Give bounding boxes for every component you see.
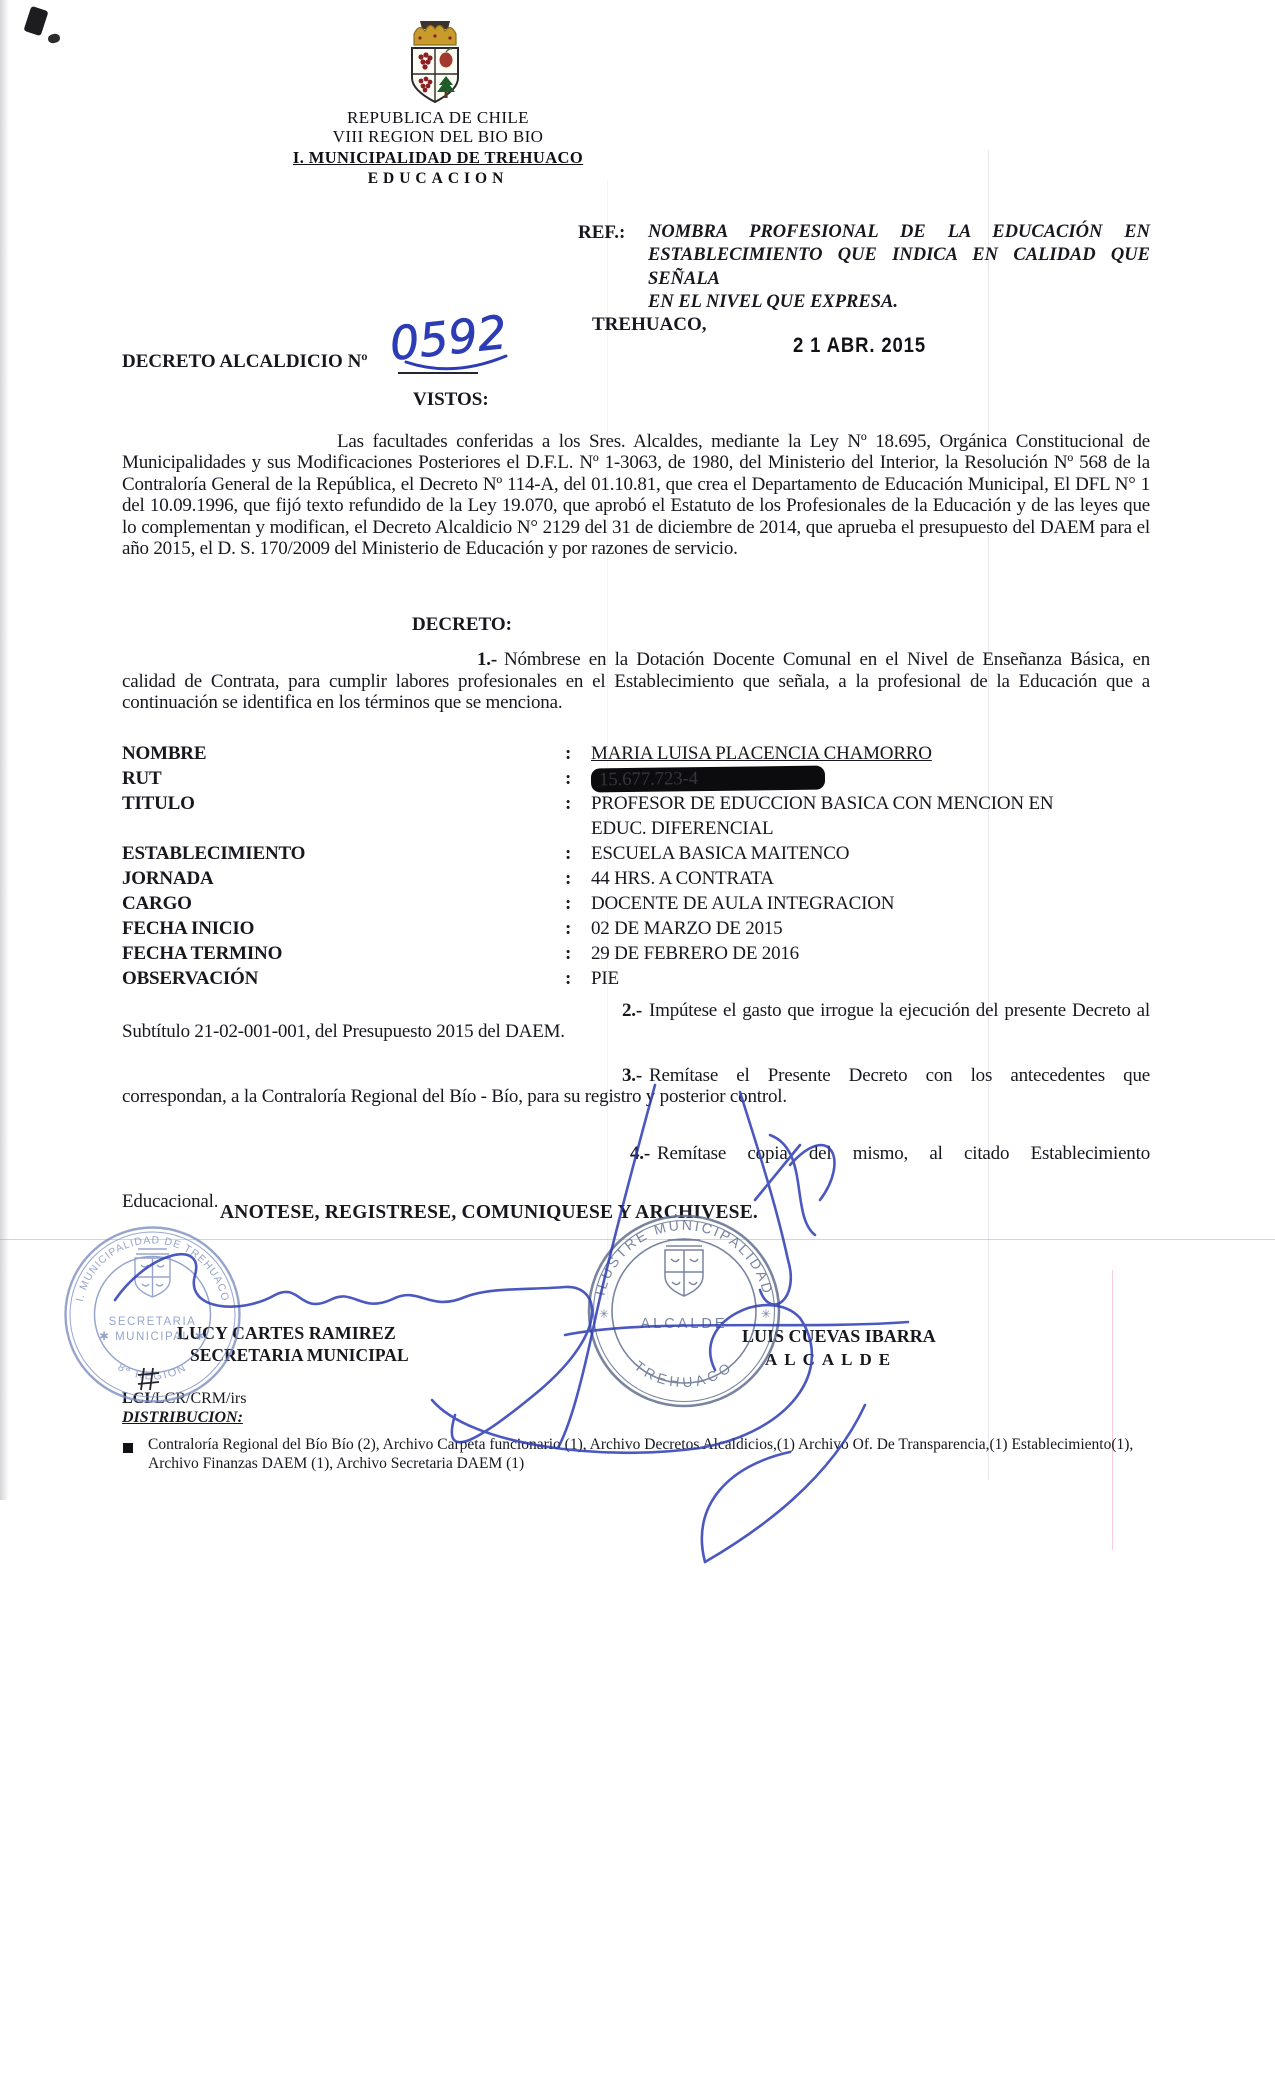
field-label: FECHA INICIO <box>122 916 565 941</box>
svg-text:✱ MUNICIPAL ✱: ✱ MUNICIPAL ✱ <box>99 1331 206 1343</box>
field-label: RUT <box>122 766 565 791</box>
field-label: CARGO <box>122 891 565 916</box>
scan-ink-blot <box>23 6 48 36</box>
field-label: ESTABLECIMIENTO <box>122 841 565 866</box>
field-row-fecha-inicio: FECHA INICIO : 02 DE MARZO DE 2015 <box>122 916 1150 941</box>
decree-item-3-number: 3.- <box>622 1065 642 1086</box>
field-row-rut: RUT : 15.677.723-4 <box>122 766 1150 791</box>
field-colon: : <box>565 791 591 841</box>
field-row-fecha-termino: FECHA TERMINO : 29 DE FEBRERO DE 2016 <box>122 941 1150 966</box>
field-row-observacion: OBSERVACIÓN : PIE <box>122 966 1150 991</box>
field-colon: : <box>565 941 591 966</box>
scan-edge-shadow <box>0 0 9 1500</box>
letterhead-municipality: I. MUNICIPALIDAD DE TREHUACO <box>238 148 638 167</box>
decree-item-1-text: Nómbrese en la Dotación Docente Comunal … <box>122 649 1150 713</box>
svg-text:✳: ✳ <box>761 1307 771 1321</box>
coat-of-arms-icon <box>404 18 466 110</box>
field-colon: : <box>565 891 591 916</box>
field-label: NOMBRE <box>122 741 565 766</box>
svg-text:ALCALDE: ALCALDE <box>640 1316 727 1332</box>
field-colon: : <box>565 766 591 791</box>
distribution-list: Contraloría Regional del Bío Bío (2), Ar… <box>148 1435 1160 1473</box>
mayor-stamp: ILUSTRE MUNICIPALIDAD TREHUACO ALCALDE ✳… <box>577 1206 792 1416</box>
bullet-square-icon <box>123 1443 133 1453</box>
field-value: PROFESOR DE EDUCCION BASICA CON MENCION … <box>591 791 1061 841</box>
field-row-jornada: JORNADA : 44 HRS. A CONTRATA <box>122 866 1150 891</box>
ref-label: REF.: <box>578 222 625 244</box>
letterhead-country: REPUBLICA DE CHILE <box>238 108 638 127</box>
field-label: FECHA TERMINO <box>122 941 565 966</box>
vistos-paragraph: Las facultades conferidas a los Sres. Al… <box>122 431 1150 559</box>
field-value: PIE <box>591 966 1061 991</box>
distribution-label: DISTRIBUCION: <box>122 1409 243 1427</box>
decree-item-2-number: 2.- <box>622 1000 642 1021</box>
decree-number-underscore <box>398 372 478 374</box>
decree-item-4-number: 4.- <box>630 1143 650 1164</box>
field-row-establecimiento: ESTABLECIMIENTO : ESCUELA BASICA MAITENC… <box>122 841 1150 866</box>
scan-streak-line <box>1112 1270 1113 1550</box>
appointment-fields: NOMBRE : MARIA LUISA PLACENCIA CHAMORRO … <box>122 741 1150 991</box>
svg-text:✳: ✳ <box>599 1307 609 1321</box>
field-colon: : <box>565 916 591 941</box>
field-row-titulo: TITULO : PROFESOR DE EDUCCION BASICA CON… <box>122 791 1150 841</box>
decree-item-1: 1.-Nómbrese en la Dotación Docente Comun… <box>122 649 1150 714</box>
field-colon: : <box>565 966 591 991</box>
field-value: ESCUELA BASICA MAITENCO <box>591 841 1061 866</box>
field-label: JORNADA <box>122 866 565 891</box>
field-value: DOCENTE DE AULA INTEGRACION <box>591 891 1061 916</box>
decree-number-label: DECRETO ALCALDICIO Nº <box>122 351 368 373</box>
decree-item-3: 3.-Remítase el Presente Decreto con los … <box>122 1065 1150 1108</box>
redaction-bar: 15.677.723-4 <box>591 766 825 793</box>
field-colon: : <box>565 741 591 766</box>
field-label: TITULO <box>122 791 565 841</box>
field-colon: : <box>565 866 591 891</box>
field-row-cargo: CARGO : DOCENTE DE AULA INTEGRACION <box>122 891 1150 916</box>
svg-text:0592: 0592 <box>387 305 509 371</box>
letterhead-department: EDUCACION <box>238 169 638 188</box>
field-row-nombre: NOMBRE : MARIA LUISA PLACENCIA CHAMORRO <box>122 741 1150 766</box>
scan-ink-blot-2 <box>47 33 61 44</box>
field-value: 29 DE FEBRERO DE 2016 <box>591 941 1061 966</box>
field-colon: : <box>565 841 591 866</box>
place-line: TREHUACO, <box>592 314 707 336</box>
decree-item-1-number: 1.- <box>477 649 497 670</box>
vistos-heading: VISTOS: <box>413 389 489 411</box>
ref-line-2: ESTABLECIMIENTO QUE INDICA EN CALIDAD QU… <box>648 244 1150 291</box>
field-value: 02 DE MARZO DE 2015 <box>591 916 1061 941</box>
decree-item-2: 2.-Impútese el gasto que irrogue la ejec… <box>122 1000 1150 1043</box>
svg-text:TREHUACO: TREHUACO <box>631 1357 736 1390</box>
decreto-heading: DECRETO: <box>412 614 512 636</box>
field-value: 44 HRS. A CONTRATA <box>591 866 1061 891</box>
svg-text:SECRETARIA: SECRETARIA <box>109 1316 197 1328</box>
ref-line-3: EN EL NIVEL QUE EXPRESA. <box>648 291 1150 314</box>
svg-text:8ª REGION: 8ª REGION <box>116 1361 190 1382</box>
date-stamp: 2 1 ABR. 2015 <box>793 334 926 358</box>
scanned-decree-page: REPUBLICA DE CHILE VIII REGION DEL BIO B… <box>0 0 1275 2100</box>
ref-line-1: NOMBRA PROFESIONAL DE LA EDUCACIÓN EN <box>648 221 1150 244</box>
letterhead-region: VIII REGION DEL BIO BIO <box>238 127 638 146</box>
field-value-name: MARIA LUISA PLACENCIA CHAMORRO <box>591 741 1061 766</box>
ref-text: NOMBRA PROFESIONAL DE LA EDUCACIÓN EN ES… <box>648 221 1150 315</box>
municipal-secretary-stamp: I. MUNICIPALIDAD DE TREHUACO 8ª REGION S… <box>60 1222 245 1407</box>
field-label: OBSERVACIÓN <box>122 966 565 991</box>
letterhead: REPUBLICA DE CHILE VIII REGION DEL BIO B… <box>238 108 638 188</box>
